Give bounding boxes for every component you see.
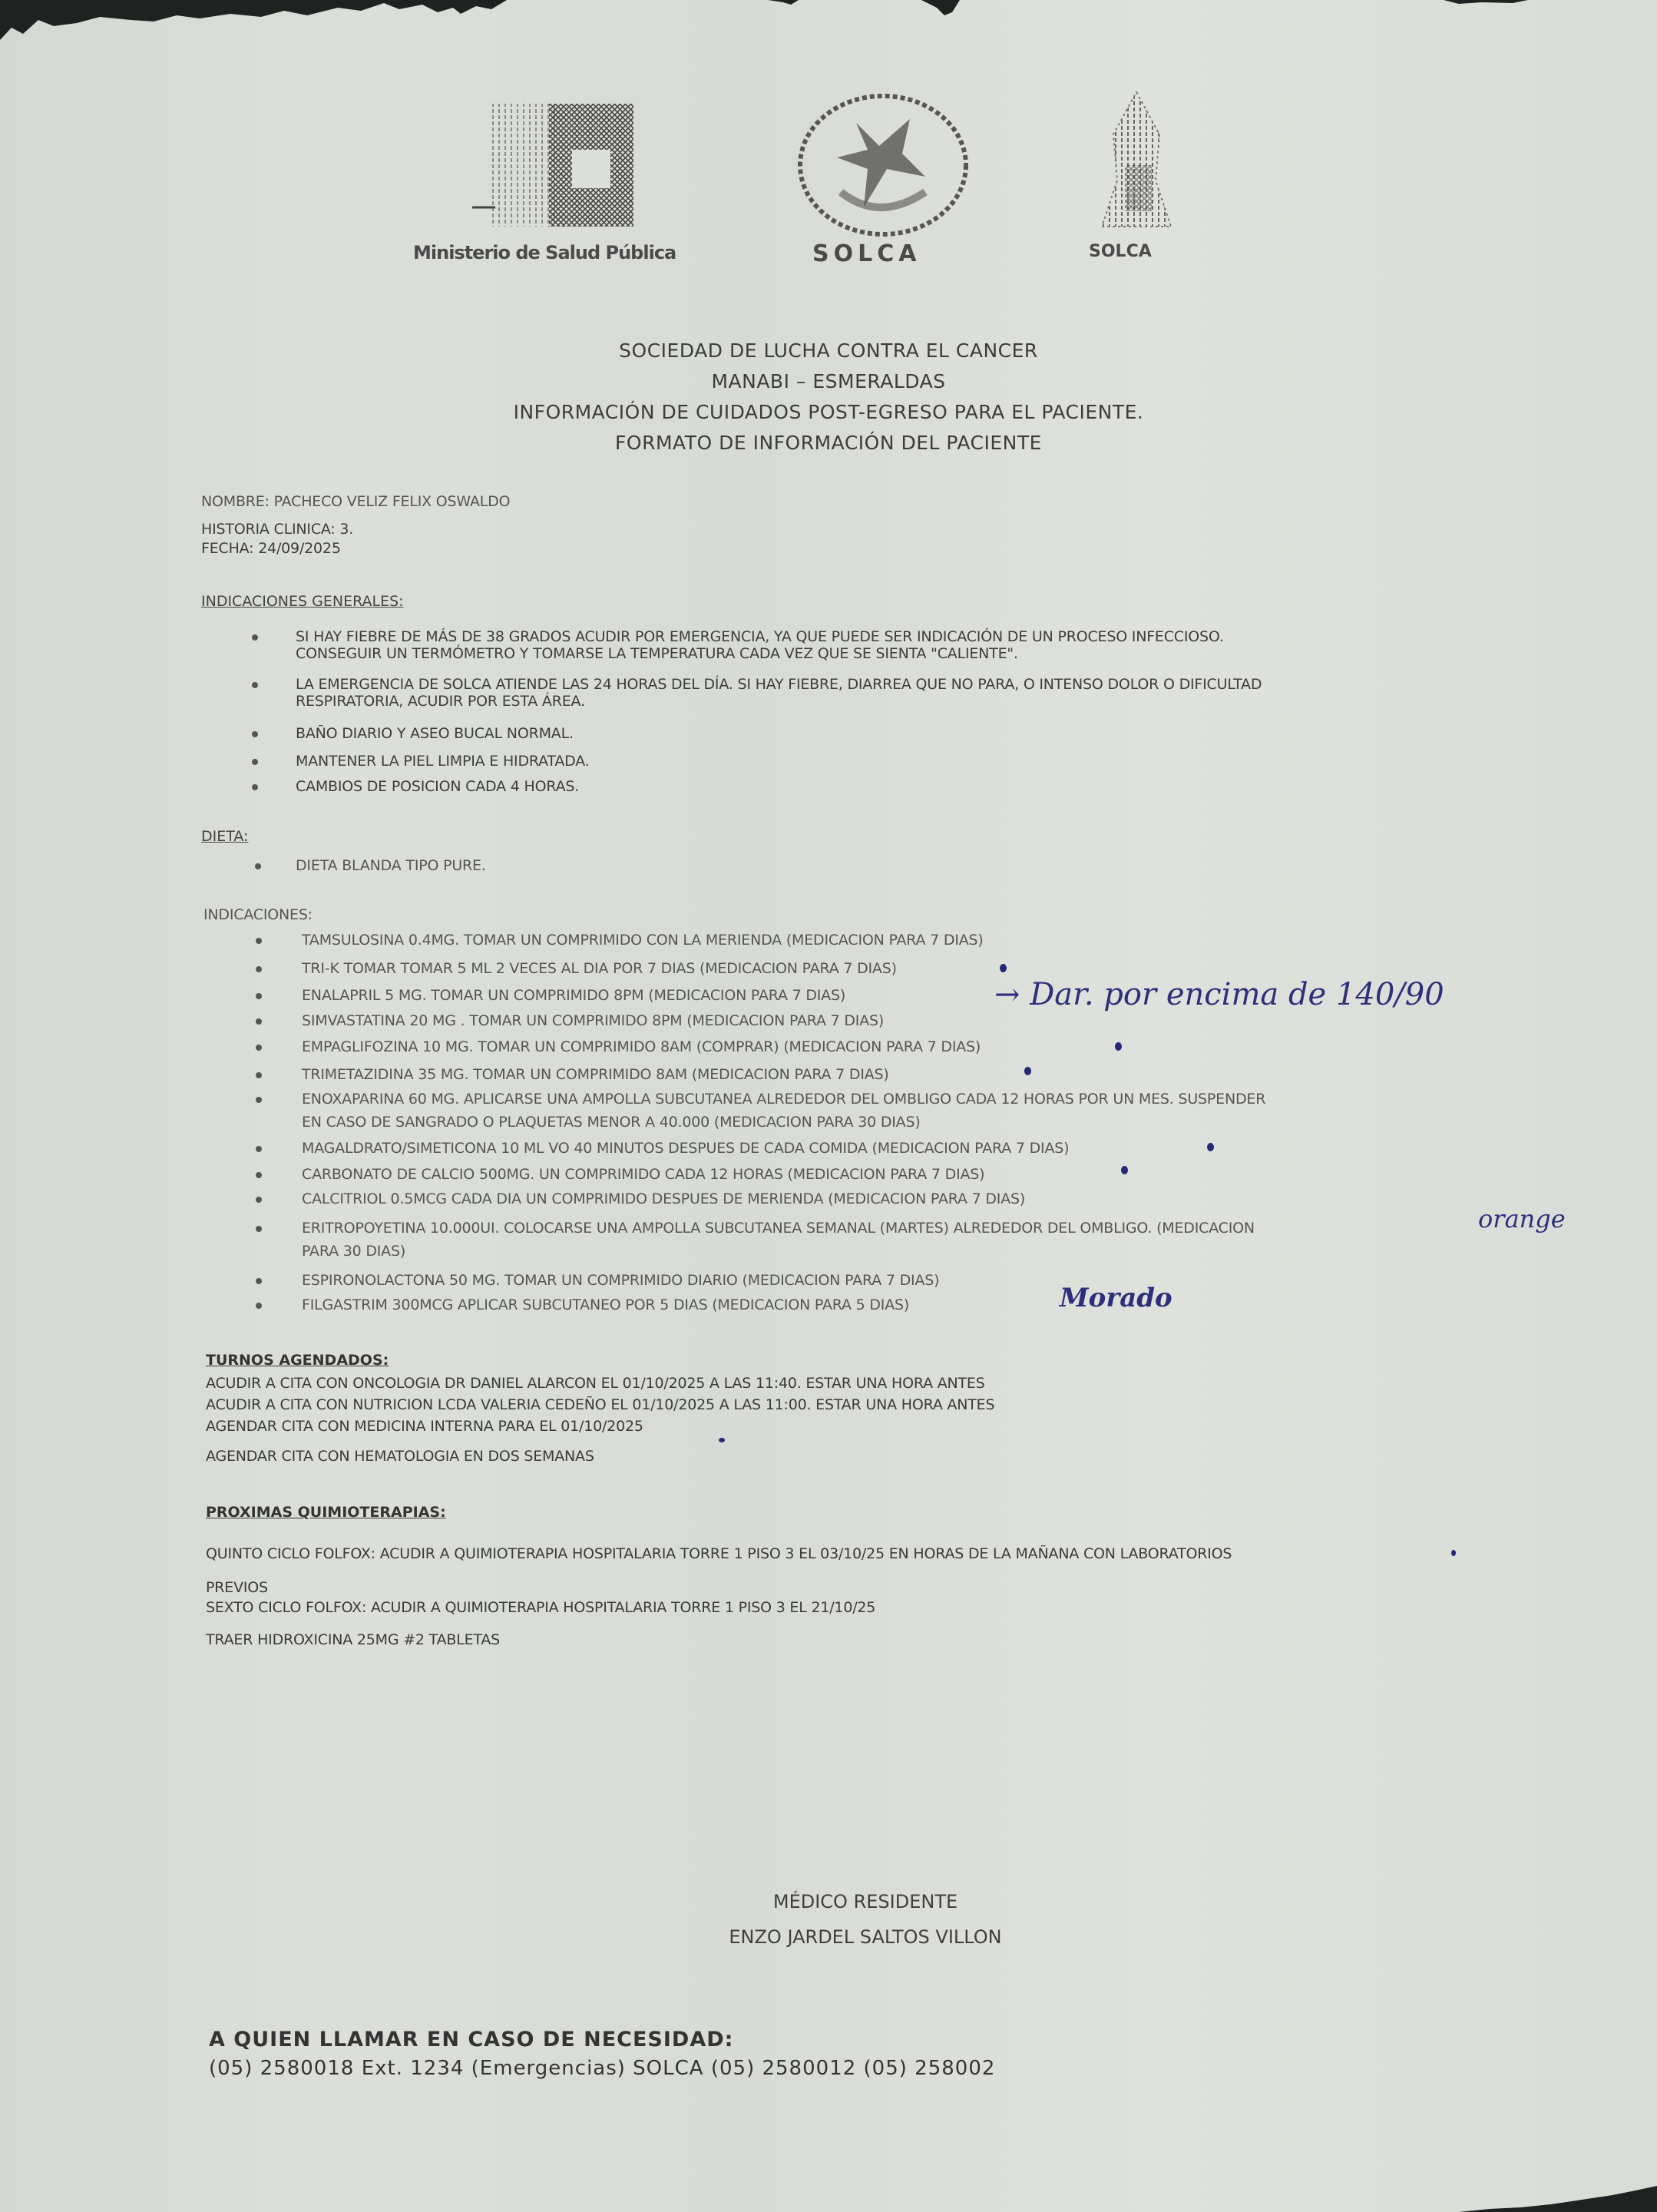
- solca-manabi-logo: [1083, 88, 1190, 242]
- bullet: [256, 1226, 262, 1232]
- diet-heading: DIETA:: [201, 828, 248, 845]
- bullet: [256, 1172, 262, 1178]
- general-indication-item: MANTENER LA PIEL LIMPIA E HIDRATADA.: [296, 753, 590, 770]
- chemotherapy-item: SEXTO CICLO FOLFOX: ACUDIR A QUIMIOTERAP…: [206, 1599, 875, 1616]
- chemotherapy-item: TRAER HIDROXICINA 25MG #2 TABLETAS: [206, 1631, 500, 1648]
- ink-dot: [1121, 1166, 1128, 1174]
- appointment-item: AGENDAR CITA CON HEMATOLOGIA EN DOS SEMA…: [206, 1448, 594, 1465]
- bullet: [252, 731, 258, 737]
- bullet: [252, 634, 258, 641]
- bullet: [256, 1045, 262, 1051]
- diet-item: DIETA BLANDA TIPO PURE.: [296, 857, 486, 874]
- document-title: INFORMACIÓN DE CUIDADOS POST-EGRESO PARA…: [0, 401, 1657, 423]
- solca-logo: [795, 92, 971, 238]
- bullet: [256, 993, 262, 999]
- medication-item: EMPAGLIFOZINA 10 MG. TOMAR UN COMPRIMIDO…: [302, 1038, 981, 1055]
- handwritten-enalapril-note: → Dar. por encima de 140/90: [994, 977, 1444, 1012]
- document-page: Ministerio de Salud Pública SOLCA SOLCA …: [0, 0, 1657, 2212]
- medication-item: CALCITRIOL 0.5MCG CADA DIA UN COMPRIMIDO…: [302, 1190, 1025, 1207]
- ministerio-salud-logo: [472, 96, 649, 234]
- bullet: [256, 1303, 262, 1309]
- bullet: [255, 863, 261, 869]
- bullet: [252, 682, 258, 688]
- medication-item: ENOXAPARINA 60 MG. APLICARSE UNA AMPOLLA…: [302, 1091, 1265, 1108]
- solca-label: SOLCA: [812, 240, 921, 267]
- medication-item-continued: EN CASO DE SANGRADO O PLAQUETAS MENOR A …: [302, 1114, 921, 1131]
- general-indication-item: LA EMERGENCIA DE SOLCA ATIENDE LAS 24 HO…: [296, 676, 1262, 693]
- bullet: [252, 759, 258, 765]
- general-indication-item-continued: CONSEGUIR UN TERMÓMETRO Y TOMARSE LA TEM…: [296, 645, 1018, 662]
- ink-dot: [1000, 964, 1007, 972]
- bullet: [252, 784, 258, 790]
- general-indication-item: SI HAY FIEBRE DE MÁS DE 38 GRADOS ACUDIR…: [296, 628, 1224, 645]
- contact-heading: A QUIEN LLAMAR EN CASO DE NECESIDAD:: [209, 2028, 733, 2051]
- bullet: [256, 1097, 262, 1103]
- medication-item: ERITROPOYETINA 10.000UI. COLOCARSE UNA A…: [302, 1220, 1255, 1237]
- chemotherapy-item: QUINTO CICLO FOLFOX: ACUDIR A QUIMIOTERA…: [206, 1545, 1232, 1562]
- medication-item: MAGALDRATO/SIMETICONA 10 ML VO 40 MINUTO…: [302, 1140, 1069, 1157]
- chemotherapy-item: PREVIOS: [206, 1579, 268, 1596]
- ink-dot: [1451, 1550, 1456, 1556]
- medication-item: FILGASTRIM 300MCG APLICAR SUBCUTANEO POR…: [302, 1296, 909, 1313]
- solca-manabi-label: SOLCA: [1089, 242, 1152, 261]
- org-name: SOCIEDAD DE LUCHA CONTRA EL CANCER: [0, 339, 1657, 362]
- bullet: [256, 966, 262, 972]
- torn-top-edge: [0, 0, 1657, 46]
- medication-item: SIMVASTATINA 20 MG . TOMAR UN COMPRIMIDO…: [302, 1012, 884, 1029]
- appointment-item: ACUDIR A CITA CON NUTRICION LCDA VALERIA…: [206, 1396, 994, 1413]
- general-indication-item: CAMBIOS DE POSICION CADA 4 HORAS.: [296, 778, 579, 795]
- medication-item-continued: PARA 30 DIAS): [302, 1243, 405, 1260]
- medication-item: ESPIRONOLACTONA 50 MG. TOMAR UN COMPRIMI…: [302, 1272, 939, 1289]
- bullet: [256, 1018, 262, 1025]
- bullet: [256, 1197, 262, 1203]
- handwritten-morado-note: Morado: [1060, 1283, 1172, 1313]
- appointments-heading: TURNOS AGENDADOS:: [206, 1352, 389, 1369]
- document-subtitle: FORMATO DE INFORMACIÓN DEL PACIENTE: [0, 432, 1657, 454]
- appointment-item: ACUDIR A CITA CON ONCOLOGIA DR DANIEL AL…: [206, 1375, 985, 1392]
- bullet: [256, 1072, 262, 1078]
- date: FECHA: 24/09/2025: [201, 540, 341, 557]
- contact-phones: (05) 2580018 Ext. 1234 (Emergencias) SOL…: [209, 2057, 995, 2080]
- medication-item: ENALAPRIL 5 MG. TOMAR UN COMPRIMIDO 8PM …: [302, 987, 845, 1004]
- ministerio-salud-label: Ministerio de Salud Pública: [413, 242, 676, 263]
- indications-heading: INDICACIONES:: [203, 906, 313, 923]
- handwritten-orange-note: orange: [1478, 1204, 1566, 1233]
- ink-dot: [719, 1438, 725, 1442]
- medication-item: CARBONATO DE CALCIO 500MG. UN COMPRIMIDO…: [302, 1166, 984, 1183]
- ink-dot: [1207, 1143, 1214, 1151]
- general-indication-item-continued: RESPIRATORIA, ACUDIR POR ESTA ÁREA.: [296, 693, 585, 710]
- medication-item: TRI-K TOMAR TOMAR 5 ML 2 VECES AL DIA PO…: [302, 960, 897, 977]
- medication-item: TRIMETAZIDINA 35 MG. TOMAR UN COMPRIMIDO…: [302, 1066, 889, 1083]
- ink-dot: [1115, 1042, 1122, 1051]
- bullet: [256, 1146, 262, 1152]
- torn-bottom-edge: [0, 2181, 1657, 2212]
- chemotherapy-heading: PROXIMAS QUIMIOTERAPIAS:: [206, 1504, 446, 1521]
- medication-item: TAMSULOSINA 0.4MG. TOMAR UN COMPRIMIDO C…: [302, 932, 984, 949]
- bullet: [256, 1278, 262, 1284]
- signature-name: ENZO JARDEL SALTOS VILLON: [37, 1926, 1657, 1948]
- general-indication-item: BAÑO DIARIO Y ASEO BUCAL NORMAL.: [296, 725, 574, 742]
- general-indications-heading: INDICACIONES GENERALES:: [201, 593, 404, 610]
- bullet: [256, 938, 262, 944]
- appointment-item: AGENDAR CITA CON MEDICINA INTERNA PARA E…: [206, 1418, 643, 1435]
- org-region: MANABI – ESMERALDAS: [0, 370, 1657, 392]
- signature-role: MÉDICO RESIDENTE: [37, 1891, 1657, 1912]
- clinical-history: HISTORIA CLINICA: 3.: [201, 521, 353, 538]
- patient-name: NOMBRE: PACHECO VELIZ FELIX OSWALDO: [201, 493, 510, 510]
- ink-dot: [1024, 1067, 1031, 1075]
